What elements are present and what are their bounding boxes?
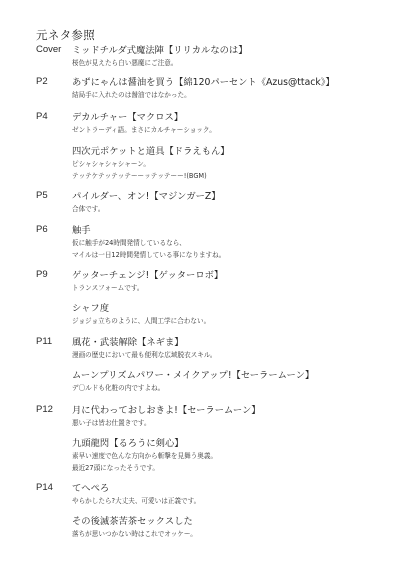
page-label: P14 <box>36 482 53 493</box>
entry-body: 四次元ポケットと道具【ドラえもん】 ピシャシャシャシャーン。 テッテケテッテッテ… <box>72 145 372 182</box>
entry-title: その後滅茶苦茶セックスした <box>72 515 372 528</box>
entry-note: 最近27頭になったそうです。 <box>72 462 372 474</box>
entry-note: 漫画の歴史において最も便利な広域脱衣スキル。 <box>72 349 372 361</box>
entry-body: デカルチャー【マクロス】 ゼントラーディ語。まさにカルチャーショック。 <box>72 111 372 136</box>
entry-note: 結局手に入れたのは醤油ではなかった。 <box>72 89 372 101</box>
entry-note: ピシャシャシャシャーン。 <box>72 158 372 170</box>
entry-note: 落ちが思いつかない時はこれでオッケー。 <box>72 528 372 540</box>
page-label: P11 <box>36 336 52 347</box>
entry-title: あずにゃんは醤油を買う【綿120パーセント《Azus@ttack》】 <box>72 76 372 89</box>
page-label: P2 <box>36 76 48 87</box>
entry-title: てへぺろ <box>72 482 372 495</box>
entry-body: パイルダー、オン!【マジンガーZ】 合体です。 <box>72 190 372 215</box>
entry-title: デカルチャー【マクロス】 <box>72 111 372 124</box>
entry-body: ゲッターチェンジ!【ゲッターロボ】 トランスフォームです。 <box>72 269 372 294</box>
entry-note: 合体です。 <box>72 203 372 215</box>
entry-title: 月に代わっておしおきよ!【セーラームーン】 <box>72 404 372 417</box>
entry-title: ムーンプリズムパワー・メイクアップ!【セーラームーン】 <box>72 369 372 382</box>
page-label: P9 <box>36 269 48 280</box>
entry-note: やらかしたら?大丈夫、可愛いは正義です。 <box>72 495 372 507</box>
entry-title: 四次元ポケットと道具【ドラえもん】 <box>72 145 372 158</box>
entry-body: 九頭龍閃【るろうに剣心】 素早い速度で色んな方向から斬撃を見舞う奥義。 最近27… <box>72 437 372 474</box>
page-label: P5 <box>36 190 48 201</box>
entry-note: 素早い速度で色んな方向から斬撃を見舞う奥義。 <box>72 450 372 462</box>
entry-title: シャフ度 <box>72 302 372 315</box>
entry-note: ジョジョ立ちのように、人間工学に合わない。 <box>72 315 372 327</box>
page-label: P6 <box>36 224 48 235</box>
entry-note: 悪い子は皆お仕置きです。 <box>72 417 372 429</box>
entry-body: 月に代わっておしおきよ!【セーラームーン】 悪い子は皆お仕置きです。 <box>72 404 372 429</box>
entry-body: 触手 仮に触手が24時間発情しているなら、 マイルは一日12時間発情している事に… <box>72 224 372 261</box>
page-title: 元ネタ参照 <box>36 27 95 43</box>
entry-body: てへぺろ やらかしたら?大丈夫、可愛いは正義です。 <box>72 482 372 507</box>
entry-note: トランスフォームです。 <box>72 282 372 294</box>
entry-note: テッテケテッテッテーーッテッテーー!(BGM) <box>72 170 372 182</box>
entry-title: ミッドチルダ式魔法陣【リリカルなのは】 <box>72 44 372 57</box>
entry-body: ムーンプリズムパワー・メイクアップ!【セーラームーン】 デ〇ルドも化粧の内ですよ… <box>72 369 372 394</box>
entry-body: シャフ度 ジョジョ立ちのように、人間工学に合わない。 <box>72 302 372 327</box>
page-label: P12 <box>36 404 53 415</box>
entry-note: ゼントラーディ語。まさにカルチャーショック。 <box>72 124 372 136</box>
entry-title: 九頭龍閃【るろうに剣心】 <box>72 437 372 450</box>
page-label: P4 <box>36 111 48 122</box>
entry-title: ゲッターチェンジ!【ゲッターロボ】 <box>72 269 372 282</box>
entry-note: 桜色が見えたら白い悪魔にご注意。 <box>72 57 372 69</box>
entry-title: パイルダー、オン!【マジンガーZ】 <box>72 190 372 203</box>
entry-body: ミッドチルダ式魔法陣【リリカルなのは】 桜色が見えたら白い悪魔にご注意。 <box>72 44 372 69</box>
entry-note: デ〇ルドも化粧の内ですよね。 <box>72 382 372 394</box>
entry-body: 風花・武装解除【ネギま】 漫画の歴史において最も便利な広域脱衣スキル。 <box>72 336 372 361</box>
entry-title: 触手 <box>72 224 372 237</box>
entry-note: マイルは一日12時間発情している事になりますね。 <box>72 249 372 261</box>
entry-body: あずにゃんは醤油を買う【綿120パーセント《Azus@ttack》】 結局手に入… <box>72 76 372 101</box>
entry-note: 仮に触手が24時間発情しているなら、 <box>72 237 372 249</box>
entry-title: 風花・武装解除【ネギま】 <box>72 336 372 349</box>
page-label: Cover <box>36 44 61 55</box>
entry-body: その後滅茶苦茶セックスした 落ちが思いつかない時はこれでオッケー。 <box>72 515 372 540</box>
